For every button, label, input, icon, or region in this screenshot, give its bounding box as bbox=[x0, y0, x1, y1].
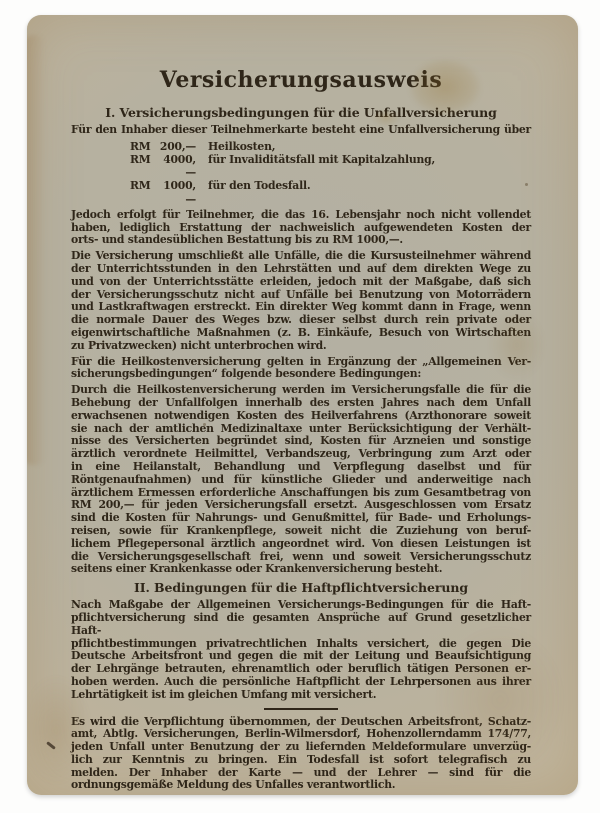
paragraph: Durch die Heilkostenversicherung werden … bbox=[71, 384, 531, 576]
text-line: sicherungsbedingungen“ folgende besonder… bbox=[71, 368, 531, 381]
notice-section: Es wird die Verpflichtung übernommen, de… bbox=[71, 716, 531, 793]
divider-rule bbox=[264, 708, 338, 710]
paragraph: Jedoch erfolgt für Teilnehmer, die das 1… bbox=[71, 209, 531, 247]
paragraph: Nach Maßgabe der Allgemeinen Versicherun… bbox=[71, 599, 531, 701]
coverage-item: RM200,—Heilkosten, bbox=[71, 140, 531, 153]
coverage-list: RM200,—Heilkosten,RM4000,—für Invaliditä… bbox=[71, 140, 531, 206]
text-line: und von der Unterrichtsstätte erleiden, … bbox=[71, 276, 531, 289]
stray-ink-mark bbox=[46, 741, 56, 750]
coverage-item: RM1000,—für den Todesfall. bbox=[71, 179, 531, 205]
text-line: zu Privatzwecken) nicht unterbrochen wir… bbox=[71, 340, 531, 353]
text-line: reisen, sowie für Krankenpflege, soweit … bbox=[71, 525, 531, 538]
paragraph: Es wird die Verpflichtung übernommen, de… bbox=[71, 716, 531, 793]
coverage-text: RM bbox=[130, 140, 156, 153]
paper-speck bbox=[525, 183, 528, 186]
text-line: eigenwirtschaftliche Maßnahmen (z. B. Ei… bbox=[71, 327, 531, 340]
text-line: Behebung der Unfallfolgen innerhalb des … bbox=[71, 397, 531, 410]
text-line: seitens einer Krankenkasse oder Krankenv… bbox=[71, 563, 531, 576]
coverage-item: RM4000,—für Invaliditätsfall mit Kapital… bbox=[71, 153, 531, 179]
text-line: lichem Pflegepersonal ärztlich angeordne… bbox=[71, 538, 531, 551]
paragraph: Für die Heilkostenversicherung gelten in… bbox=[71, 356, 531, 382]
section-1-intro-line: Für den Inhaber dieser Teilnehmerkarte b… bbox=[71, 124, 531, 137]
document-title: Versicherungsausweis bbox=[71, 67, 531, 93]
text-line: Röntgenaufnahmen) und für künstliche Gli… bbox=[71, 474, 531, 487]
text-line: in eine Heilanstalt, Behandlung und Verp… bbox=[71, 461, 531, 474]
text-line: Nach Maßgabe der Allgemeinen Versicherun… bbox=[71, 599, 531, 612]
coverage-text: für Invaliditätsfall mit Kapitalzahlung, bbox=[208, 153, 435, 179]
paper-edge-discoloration bbox=[27, 35, 45, 465]
coverage-text: 200,— bbox=[156, 140, 196, 153]
section-1: I. Versicherungsbedingungen für die Unfa… bbox=[71, 105, 531, 576]
text-line: lich zur Kenntnis zu bringen. Ein Todesf… bbox=[71, 754, 531, 767]
text-line: Jedoch erfolgt für Teilnehmer, die das 1… bbox=[71, 209, 531, 222]
text-line: hoben werden. Auch die persönliche Haftp… bbox=[71, 676, 531, 689]
text-line: orts- und standesüblichen Bestattung bis… bbox=[71, 234, 531, 247]
section-2-heading: II. Bedingungen für die Haftpflichtversi… bbox=[71, 580, 531, 595]
text-line: der Unterrichtsstunden in den Lehrstätte… bbox=[71, 263, 531, 276]
paragraph: Die Versicherung umschließt alle Unfälle… bbox=[71, 250, 531, 352]
text-line: ordnungsgemäße Meldung des Unfalles vera… bbox=[71, 779, 531, 792]
section-2-paragraphs: Nach Maßgabe der Allgemeinen Versicherun… bbox=[71, 599, 531, 701]
coverage-text: RM bbox=[130, 153, 156, 179]
photo-background: { "photo": { "background_color": "#fdfdf… bbox=[0, 0, 600, 813]
text-line: erwachsenen notwendigen Kosten des Heilv… bbox=[71, 410, 531, 423]
coverage-text: RM bbox=[130, 179, 156, 205]
text-line: Lehrtätigkeit ist im gleichen Umfang mit… bbox=[71, 689, 531, 702]
text-line: pflichtversicherung sind die gesamten An… bbox=[71, 612, 531, 638]
section-1-paragraphs: Jedoch erfolgt für Teilnehmer, die das 1… bbox=[71, 209, 531, 576]
coverage-text: Heilkosten, bbox=[208, 140, 275, 153]
text-line: der Lehrgänge betrauten, ehrenamtlich od… bbox=[71, 663, 531, 676]
section-1-heading: I. Versicherungsbedingungen für die Unfa… bbox=[71, 105, 531, 120]
text-line: jeden Unfall unter Benutzung der zu lief… bbox=[71, 741, 531, 754]
coverage-text: 1000,— bbox=[156, 179, 196, 205]
coverage-text: für den Todesfall. bbox=[208, 179, 310, 205]
insurance-card: Versicherungsausweis I. Versicherungsbed… bbox=[27, 15, 578, 795]
coverage-text: 4000,— bbox=[156, 153, 196, 179]
paper-speck bbox=[203, 423, 206, 426]
section-2: II. Bedingungen für die Haftpflichtversi… bbox=[71, 580, 531, 701]
paper-speck bbox=[327, 693, 330, 696]
